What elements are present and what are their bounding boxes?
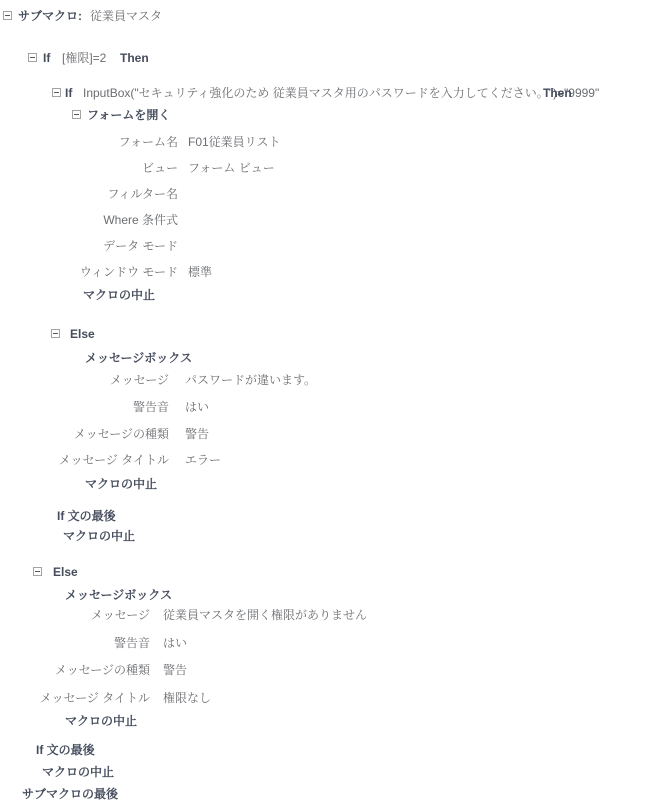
arg-label-arg-view: ビュー: [8, 161, 178, 176]
arg-label-arg-msg-type-1: メッセージの種類: [0, 427, 169, 442]
row-stop-macro-5-text-0: マクロの中止: [42, 765, 114, 780]
row-arg-msg-type-1[interactable]: メッセージの種類警告: [0, 427, 669, 443]
arg-label-arg-msg-title-1: メッセージ タイトル: [0, 453, 169, 468]
arg-label-arg-message-2: メッセージ: [0, 608, 150, 623]
arg-label-arg-msg-type-2: メッセージの種類: [0, 663, 150, 678]
arg-label-arg-beep-1: 警告音: [0, 400, 169, 415]
row-submacro-header-text-1: 従業員マスタ: [90, 9, 162, 24]
row-end-if-inner-text-0: If 文の最後: [57, 509, 116, 524]
arg-value-arg-msg-type-1: 警告: [185, 427, 209, 442]
arg-label-arg-beep-2: 警告音: [0, 636, 150, 651]
row-if-inner-text-1: InputBox("セキュリティ強化のため 従業員マスタ用のパスワードを入力して…: [83, 86, 599, 101]
arg-value-arg-message-1: パスワードが違います。: [185, 373, 316, 388]
row-end-if-inner[interactable]: If 文の最後: [0, 509, 669, 525]
row-stop-macro-3-text-0: マクロの中止: [63, 529, 135, 544]
row-stop-macro-1[interactable]: マクロの中止: [0, 288, 669, 304]
row-if-inner-text-2: Then: [543, 86, 572, 101]
arg-label-arg-window-mode: ウィンドウ モード: [8, 265, 178, 280]
row-messagebox-1-text-0: メッセージボックス: [85, 351, 192, 366]
collapse-minus-icon[interactable]: [3, 11, 12, 20]
arg-label-arg-where-condition: Where 条件式: [8, 213, 178, 228]
row-submacro-header-text-0: サブマクロ:: [18, 9, 82, 24]
row-arg-where-condition[interactable]: Where 条件式: [0, 213, 669, 229]
row-if-outer-text-0: If: [43, 51, 50, 66]
row-end-submacro-text-0: サブマクロの最後: [22, 787, 118, 802]
row-arg-form-name[interactable]: フォーム名F01従業員リスト: [0, 135, 669, 151]
row-stop-macro-5[interactable]: マクロの中止: [0, 765, 669, 781]
arg-value-arg-window-mode: 標準: [188, 265, 212, 280]
row-if-inner[interactable]: IfInputBox("セキュリティ強化のため 従業員マスタ用のパスワードを入力…: [0, 86, 669, 102]
row-open-form-text-0: フォームを開く: [87, 108, 170, 123]
arg-label-arg-message-1: メッセージ: [0, 373, 169, 388]
row-arg-filter-name[interactable]: フィルター名: [0, 187, 669, 203]
row-else-inner-text-0: Else: [70, 327, 95, 342]
row-arg-msg-title-2[interactable]: メッセージ タイトル権限なし: [0, 691, 669, 707]
row-arg-data-mode[interactable]: データ モード: [0, 239, 669, 255]
arg-value-arg-form-name: F01従業員リスト: [188, 135, 280, 150]
macro-design-surface: サブマクロ:従業員マスタIf[権限]=2ThenIfInputBox("セキュリ…: [0, 0, 669, 811]
row-if-outer-text-2: Then: [120, 51, 149, 66]
arg-label-arg-form-name: フォーム名: [8, 135, 178, 150]
arg-value-arg-msg-type-2: 警告: [163, 663, 187, 678]
row-messagebox-2-text-0: メッセージボックス: [65, 588, 172, 603]
collapse-minus-icon[interactable]: [52, 88, 61, 97]
arg-value-arg-msg-title-2: 権限なし: [163, 691, 211, 706]
row-end-if-outer[interactable]: If 文の最後: [0, 743, 669, 759]
row-else-outer-text-0: Else: [53, 565, 78, 580]
row-arg-beep-1[interactable]: 警告音はい: [0, 400, 669, 416]
arg-value-arg-beep-1: はい: [185, 400, 209, 415]
row-arg-message-1[interactable]: メッセージパスワードが違います。: [0, 373, 669, 389]
row-stop-macro-2-text-0: マクロの中止: [85, 477, 157, 492]
row-arg-window-mode[interactable]: ウィンドウ モード標準: [0, 265, 669, 281]
row-arg-beep-2[interactable]: 警告音はい: [0, 636, 669, 652]
arg-value-arg-msg-title-1: エラー: [185, 453, 221, 468]
arg-label-arg-data-mode: データ モード: [8, 239, 178, 254]
arg-label-arg-msg-title-2: メッセージ タイトル: [0, 691, 150, 706]
arg-value-arg-view: フォーム ビュー: [188, 161, 275, 176]
row-stop-macro-4[interactable]: マクロの中止: [0, 714, 669, 730]
row-messagebox-1[interactable]: メッセージボックス: [0, 351, 669, 367]
collapse-minus-icon[interactable]: [28, 53, 37, 62]
row-arg-msg-title-1[interactable]: メッセージ タイトルエラー: [0, 453, 669, 469]
collapse-minus-icon[interactable]: [33, 567, 42, 576]
row-end-if-outer-text-0: If 文の最後: [36, 743, 95, 758]
row-else-inner[interactable]: Else: [0, 327, 669, 343]
row-stop-macro-3[interactable]: マクロの中止: [0, 529, 669, 545]
row-arg-message-2[interactable]: メッセージ従業員マスタを開く権限がありません: [0, 608, 669, 624]
row-messagebox-2[interactable]: メッセージボックス: [0, 588, 669, 604]
row-arg-msg-type-2[interactable]: メッセージの種類警告: [0, 663, 669, 679]
arg-label-arg-filter-name: フィルター名: [8, 187, 178, 202]
arg-value-arg-beep-2: はい: [163, 636, 187, 651]
collapse-minus-icon[interactable]: [51, 329, 60, 338]
row-end-submacro[interactable]: サブマクロの最後: [0, 787, 669, 803]
row-if-inner-text-0: If: [65, 86, 72, 101]
row-if-outer-text-1: [権限]=2: [62, 51, 106, 66]
collapse-minus-icon[interactable]: [72, 110, 81, 119]
row-if-outer[interactable]: If[権限]=2Then: [0, 51, 669, 67]
row-stop-macro-1-text-0: マクロの中止: [83, 288, 155, 303]
row-open-form[interactable]: フォームを開く: [0, 108, 669, 124]
row-submacro-header[interactable]: サブマクロ:従業員マスタ: [0, 9, 669, 25]
row-else-outer[interactable]: Else: [0, 565, 669, 581]
arg-value-arg-message-2: 従業員マスタを開く権限がありません: [163, 608, 367, 623]
row-stop-macro-4-text-0: マクロの中止: [65, 714, 137, 729]
row-stop-macro-2[interactable]: マクロの中止: [0, 477, 669, 493]
row-arg-view[interactable]: ビューフォーム ビュー: [0, 161, 669, 177]
